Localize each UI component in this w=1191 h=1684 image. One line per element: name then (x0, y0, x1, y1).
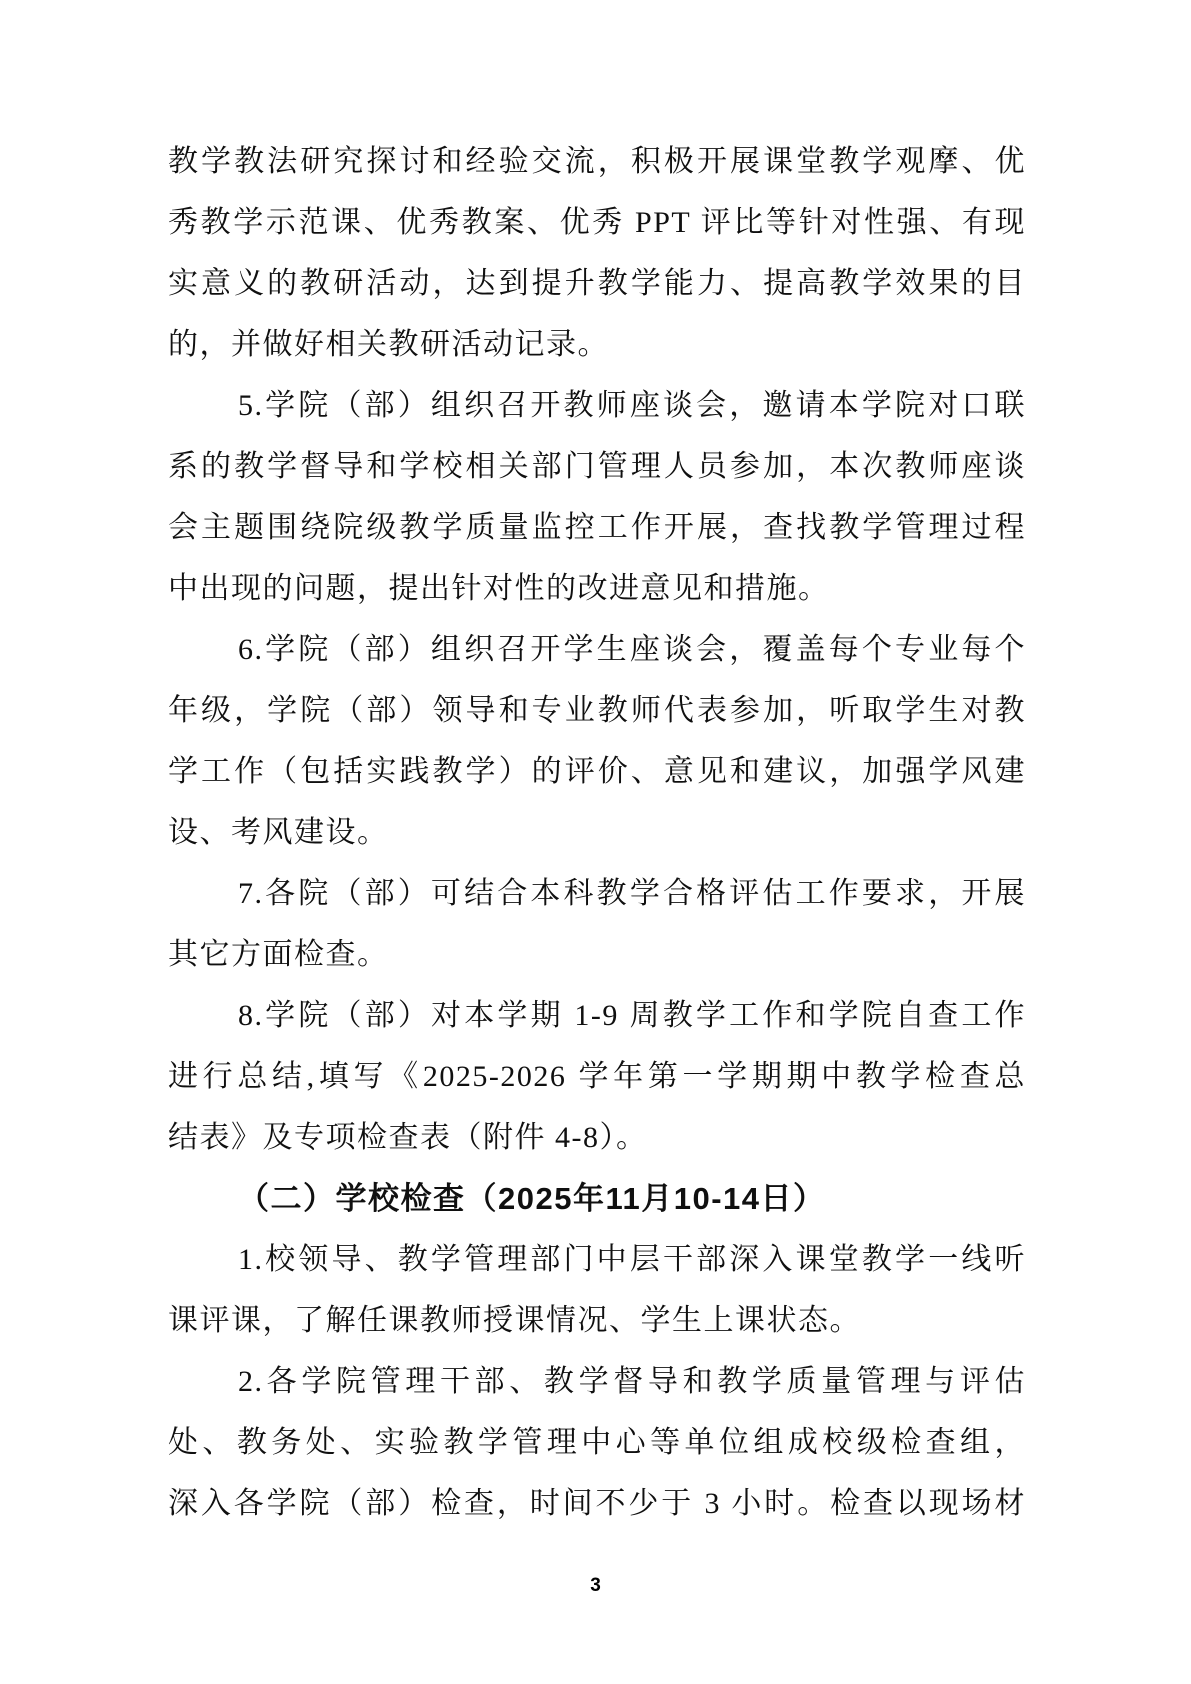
heading-section-2: （二）学校检查（2025年11月10-14日） (168, 1168, 1026, 1229)
text-line: （二）学校检查（2025年11月10-14日） (168, 1168, 1026, 1229)
text-line: 进行总结,填写《2025-2026 学年第一学期期中教学检查总 (168, 1046, 1026, 1107)
text-line: 课评课，了解任课教师授课情况、学生上课状态。 (168, 1290, 1026, 1351)
text-line: 的，并做好相关教研活动记录。 (168, 314, 1026, 375)
text-line: 秀教学示范课、优秀教案、优秀 PPT 评比等针对性强、有现 (168, 192, 1026, 253)
text-line: 8.学院（部）对本学期 1-9 周教学工作和学院自查工作 (168, 985, 1026, 1046)
text-line: 其它方面检查。 (168, 924, 1026, 985)
document-body: 教学教法研究探讨和经验交流，积极开展课堂教学观摩、优秀教学示范课、优秀教案、优秀… (168, 131, 1026, 1534)
paragraph-item-1: 1.校领导、教学管理部门中层干部深入课堂教学一线听课评课，了解任课教师授课情况、… (168, 1229, 1026, 1351)
document-page: 教学教法研究探讨和经验交流，积极开展课堂教学观摩、优秀教学示范课、优秀教案、优秀… (0, 0, 1191, 1684)
text-line: 1.校领导、教学管理部门中层干部深入课堂教学一线听 (168, 1229, 1026, 1290)
text-line: 实意义的教研活动，达到提升教学能力、提高教学效果的目 (168, 253, 1026, 314)
text-line: 教学教法研究探讨和经验交流，积极开展课堂教学观摩、优 (168, 131, 1026, 192)
text-line: 7.各院（部）可结合本科教学合格评估工作要求，开展 (168, 863, 1026, 924)
paragraph-item-8: 8.学院（部）对本学期 1-9 周教学工作和学院自查工作进行总结,填写《2025… (168, 985, 1026, 1168)
text-line: 处、教务处、实验教学管理中心等单位组成校级检查组， (168, 1412, 1026, 1473)
text-line: 中出现的问题，提出针对性的改进意见和措施。 (168, 558, 1026, 619)
text-line: 会主题围绕院级教学质量监控工作开展，查找教学管理过程 (168, 497, 1026, 558)
paragraph-item-7: 7.各院（部）可结合本科教学合格评估工作要求，开展其它方面检查。 (168, 863, 1026, 985)
text-line: 5.学院（部）组织召开教师座谈会，邀请本学院对口联 (168, 375, 1026, 436)
text-line: 2.各学院管理干部、教学督导和教学质量管理与评估 (168, 1351, 1026, 1412)
paragraph-item-5: 5.学院（部）组织召开教师座谈会，邀请本学院对口联系的教学督导和学校相关部门管理… (168, 375, 1026, 619)
text-line: 年级，学院（部）领导和专业教师代表参加，听取学生对教 (168, 680, 1026, 741)
paragraph-continuation: 教学教法研究探讨和经验交流，积极开展课堂教学观摩、优秀教学示范课、优秀教案、优秀… (168, 131, 1026, 375)
text-line: 6.学院（部）组织召开学生座谈会，覆盖每个专业每个 (168, 619, 1026, 680)
page-footer: 3 (0, 1570, 1191, 1602)
text-line: 深入各学院（部）检查，时间不少于 3 小时。检查以现场材 (168, 1473, 1026, 1534)
paragraph-item-2: 2.各学院管理干部、教学督导和教学质量管理与评估处、教务处、实验教学管理中心等单… (168, 1351, 1026, 1534)
text-line: 结表》及专项检查表（附件 4-8）。 (168, 1107, 1026, 1168)
text-line: 学工作（包括实践教学）的评价、意见和建议，加强学风建 (168, 741, 1026, 802)
page-number: 3 (590, 1575, 601, 1596)
paragraph-item-6: 6.学院（部）组织召开学生座谈会，覆盖每个专业每个年级，学院（部）领导和专业教师… (168, 619, 1026, 863)
text-line: 系的教学督导和学校相关部门管理人员参加，本次教师座谈 (168, 436, 1026, 497)
text-line: 设、考风建设。 (168, 802, 1026, 863)
